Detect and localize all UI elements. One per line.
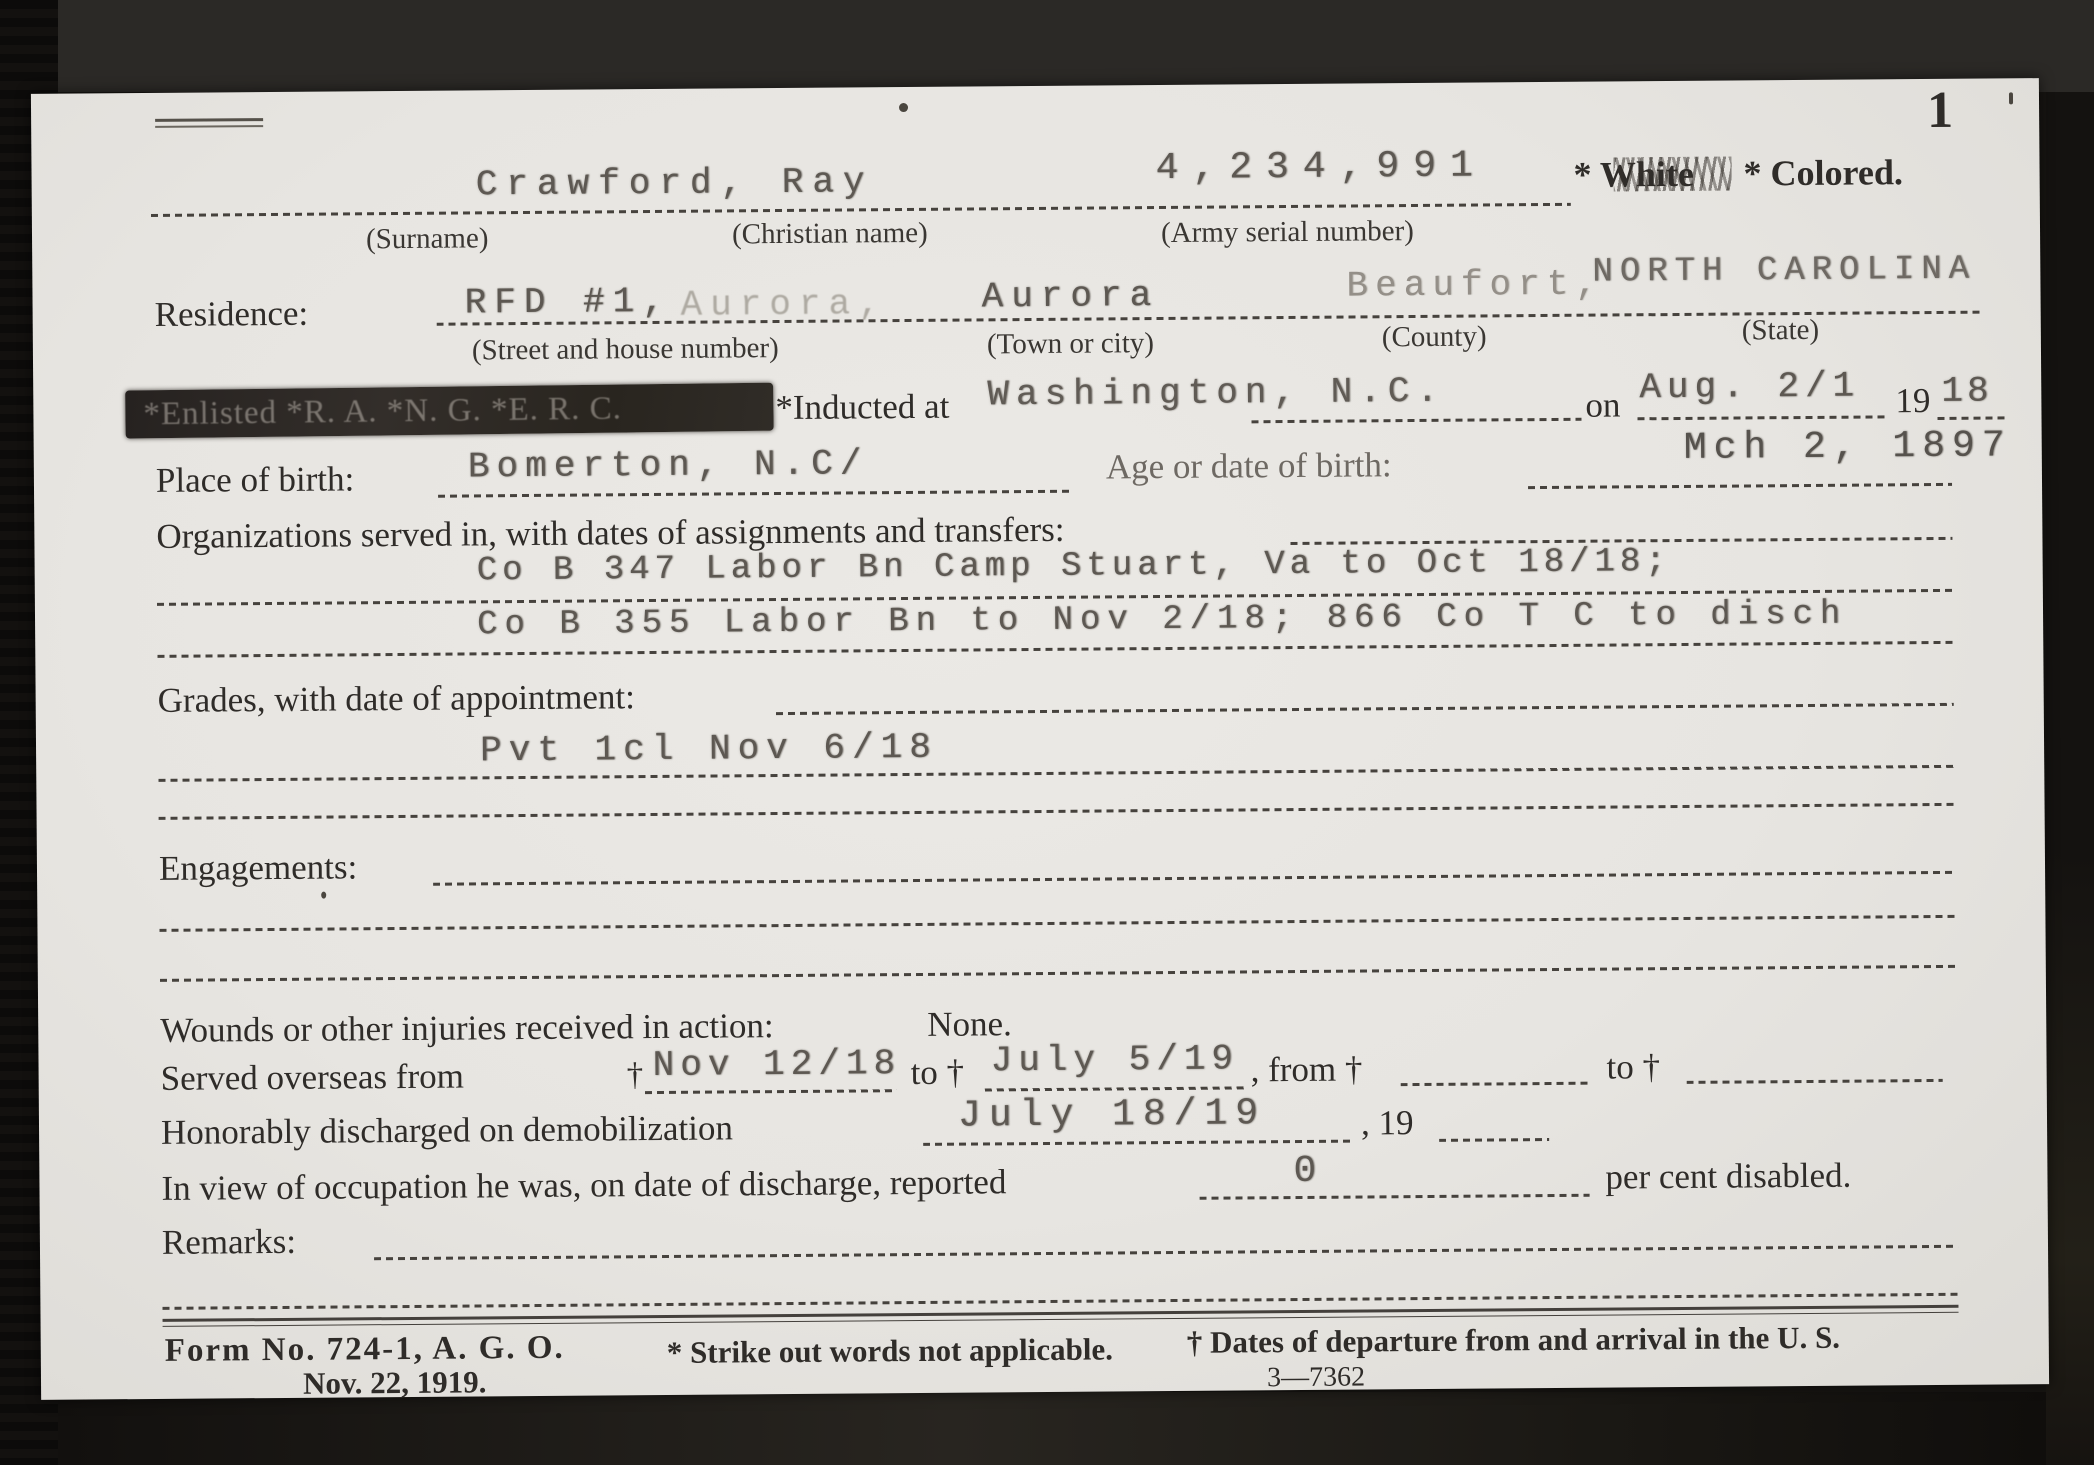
dashed-rule-overseas-to1 <box>985 1086 1247 1091</box>
strike-note: * Strike out words not applicable. <box>667 1331 1113 1371</box>
dashed-rule-inducted-date <box>1637 415 1889 420</box>
ink-speck <box>899 103 908 112</box>
residence-state-value: NORTH CAROLINA <box>1592 251 1976 292</box>
discharge-year-prefix: , 19 <box>1361 1103 1414 1143</box>
record-card: 1 Crawford, Ray 4,234,991 * White * Colo… <box>31 78 2049 1400</box>
state-caption: (State) <box>1742 314 1820 348</box>
residence-county-value: Beaufort, <box>1346 264 1604 307</box>
serial-value: 4,234,991 <box>1155 144 1487 190</box>
dashed-rule-overseas-from2 <box>1401 1082 1591 1086</box>
name-value: Crawford, Ray <box>475 161 873 205</box>
residence-street-value: RFD #1, <box>464 281 672 324</box>
dashed-rule-discharge <box>923 1140 1351 1146</box>
form-date: Nov. 22, 1919. <box>303 1364 487 1401</box>
dashed-rule-disability <box>1200 1194 1590 1200</box>
dashed-rule-remarks <box>374 1245 1958 1260</box>
inducted-on-label: on <box>1585 385 1620 425</box>
dashed-rule-engagements <box>433 871 1955 886</box>
print-code: 3—7362 <box>1267 1361 1365 1394</box>
disability-value: 0 <box>1293 1150 1316 1193</box>
overseas-from1-value: Nov 12/18 <box>652 1043 901 1086</box>
inducted-at-label: *Inducted at <box>775 387 949 428</box>
county-caption: (County) <box>1382 320 1487 354</box>
street-caption: (Street and house number) <box>472 332 779 367</box>
christian-name-caption: (Christian name) <box>732 217 928 252</box>
discharge-date-value: July 18/19 <box>958 1092 1266 1137</box>
organizations-line-1: Co B 347 Labor Bn Camp Stuart, Va to Oct… <box>477 543 1671 590</box>
residence-label: Residence: <box>154 294 308 335</box>
dob-value: Mch 2, 1897 <box>1684 424 2012 470</box>
dashed-rule-grades <box>776 703 1954 715</box>
scan-border-top <box>58 0 2094 92</box>
scan-border-bottom <box>58 1392 2046 1465</box>
dashed-rule-discharge-year <box>1439 1138 1549 1142</box>
dashed-rule-overseas-from1 <box>645 1089 897 1094</box>
grades-label: Grades, with date of appointment: <box>158 677 636 721</box>
grades-line-1: Pvt 1cl Nov 6/18 <box>480 727 938 772</box>
remarks-label: Remarks: <box>162 1222 296 1263</box>
year-typed-value: 18 <box>1941 371 1993 412</box>
disability-label: In view of occupation he was, on date of… <box>161 1162 1006 1209</box>
birthplace-value: Bomerton, N.C/ <box>468 443 869 487</box>
overseas-label: Served overseas from <box>160 1057 464 1099</box>
dashed-rule-org-2 <box>157 641 1953 658</box>
serial-caption: (Army serial number) <box>1161 215 1414 250</box>
overseas-to2-label: to † <box>1606 1047 1660 1087</box>
dashed-rule-engagements-1 <box>159 915 1955 932</box>
residence-town-value: Aurora <box>981 275 1159 317</box>
dashed-rule-overseas-to2 <box>1687 1079 1943 1084</box>
scan-border-right <box>2046 92 2094 1465</box>
overseas-to1-value: July 5/19 <box>990 1038 1239 1081</box>
place-of-birth-label: Place of birth: <box>156 459 355 501</box>
overseas-to1-label: to † <box>910 1053 964 1093</box>
enlisted-strikeout-band: *Enlisted *R. A. *N. G. *E. R. C. <box>125 383 774 439</box>
page-number: 1 <box>1927 81 1953 140</box>
enlisted-struck-text: *Enlisted *R. A. *N. G. *E. R. C. <box>143 391 622 434</box>
dashed-rule-dob <box>1528 483 1952 489</box>
age-or-dob-label: Age or date of birth: <box>1106 445 1392 487</box>
dagger-mark-1: † <box>626 1057 643 1094</box>
disability-suffix: per cent disabled. <box>1605 1156 1851 1198</box>
dashed-rule-grades-2 <box>159 803 1955 820</box>
town-caption: (Town or city) <box>987 327 1154 361</box>
dashed-rule-birthplace <box>438 490 1070 498</box>
race-option-colored: * Colored. <box>1743 151 1903 194</box>
residence-street-faint-value: Aurora, <box>680 283 888 326</box>
inducted-date-value: Aug. 2/1 <box>1639 366 1860 409</box>
white-strikeout-mark <box>1613 157 1731 192</box>
scanned-service-record: 1 Crawford, Ray 4,234,991 * White * Colo… <box>0 0 2094 1465</box>
corner-mark <box>155 118 263 128</box>
inducted-place-value: Washington, N.C. <box>987 371 1445 416</box>
ink-speck <box>321 892 326 899</box>
overseas-from2-label: , from † <box>1250 1049 1362 1090</box>
form-number: Form No. 724-1, A. G. O. <box>165 1330 565 1370</box>
wounds-value: None. <box>927 1004 1012 1045</box>
surname-caption: (Surname) <box>366 222 489 256</box>
discharge-label: Honorably discharged on demobilization <box>161 1108 733 1152</box>
organizations-line-2: Co B 355 Labor Bn to Nov 2/18; 866 Co T … <box>477 596 1847 645</box>
engagements-label: Engagements: <box>159 847 358 889</box>
dashed-rule-inducted-place <box>1252 418 1582 424</box>
dashed-rule-grades-1 <box>158 765 1954 782</box>
dashed-rule-year <box>1937 416 2007 420</box>
ink-speck <box>2009 92 2013 104</box>
dagger-note: † Dates of departure from and arrival in… <box>1187 1320 1841 1361</box>
dashed-rule-engagements-2 <box>160 965 1956 982</box>
year-printed-label: 19 <box>1895 381 1930 421</box>
